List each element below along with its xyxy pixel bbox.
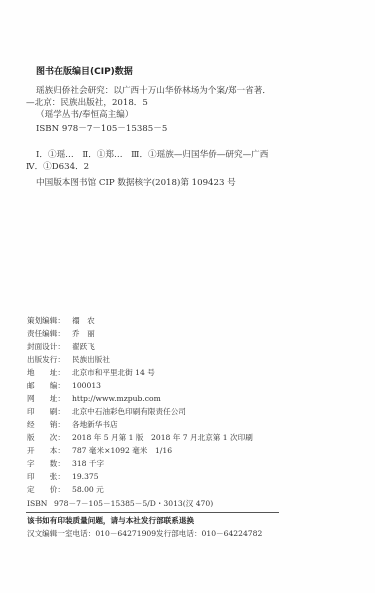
credit-row: 网 址：http://www.mzpub.com (27, 393, 161, 404)
credit-label: 印 刷： (27, 406, 72, 417)
cip-record-number: 中国版本图书馆 CIP 数据核字(2018)第 109423 号 (36, 178, 236, 189)
credit-value: 北京市和平里北街 14 号 (72, 368, 155, 377)
cip-heading: 图书在版编目(CIP)数据 (36, 67, 133, 78)
credit-value: 100013 (72, 381, 101, 390)
credit-label: 开 本： (27, 445, 72, 456)
isbn-label: ISBN (27, 498, 54, 509)
credit-label: 字 数： (27, 458, 72, 469)
credit-label: 策划编辑： (27, 315, 72, 326)
credit-label: 印 张： (27, 471, 72, 482)
credit-row: 地 址：北京市和平里北街 14 号 (27, 367, 155, 378)
cip-classification-1: Ⅰ．①瑶… Ⅱ．①郑… Ⅲ．①瑶族—归国华侨—研究—广西 (36, 150, 268, 161)
credit-label: 地 址： (27, 367, 72, 378)
credit-value: 787 毫米×1092 毫米 1/16 (72, 446, 172, 455)
credit-row: 定 价：58.00 元 (27, 484, 104, 495)
credit-value: 禤 农 (72, 316, 95, 325)
credit-value: 19.375 (72, 472, 99, 481)
editorial-phone: 汉文编辑一室电话：010－64271909 (27, 528, 156, 539)
cip-classification-2: Ⅳ．①D634．2 (26, 162, 89, 173)
credit-value: 2018 年 5 月第 1 版 2018 年 7 月北京第 1 次印刷 (72, 433, 253, 442)
credit-value: http://www.mzpub.com (72, 394, 161, 403)
credit-row: 封面设计：翟跃飞 (27, 341, 95, 352)
distribution-phone: 发行部电话：010－64224782 (156, 528, 262, 539)
cip-publisher-line: —北京：民族出版社，2018．5 (26, 98, 148, 109)
cip-title-line: 瑶族归侨社会研究：以广西十万山华侨林场为个案/郑一省著． (36, 86, 271, 97)
credit-row: 经 销：各地新华书店 (27, 419, 118, 430)
divider (26, 512, 279, 513)
credit-row: 责任编辑：乔 丽 (27, 328, 95, 339)
credit-label: 责任编辑： (27, 328, 72, 339)
isbn-full-row: ISBN978－7－105－15385－5/D・3013(汉 470) (27, 498, 213, 509)
credit-row: 字 数：318 千字 (27, 458, 104, 469)
credit-value: 318 千字 (72, 459, 104, 468)
credit-label: 版 次： (27, 432, 72, 443)
credit-label: 出版发行： (27, 354, 72, 365)
credit-row: 开 本：787 毫米×1092 毫米 1/16 (27, 445, 172, 456)
credit-value: 北京中石油彩色印刷有限责任公司 (72, 407, 186, 416)
cip-isbn: ISBN 978－7－105－15385－5 (36, 124, 167, 135)
credit-value: 乔 丽 (72, 329, 95, 338)
credit-label: 封面设计： (27, 341, 72, 352)
credit-label: 经 销： (27, 419, 72, 430)
credit-row: 策划编辑：禤 农 (27, 315, 95, 326)
credit-value: 翟跃飞 (72, 342, 95, 351)
credit-value: 各地新华书店 (72, 420, 118, 429)
credit-value: 58.00 元 (72, 485, 104, 494)
credit-row: 邮 编：100013 (27, 380, 101, 391)
credit-value: 民族出版社 (72, 355, 110, 364)
credit-label: 定 价： (27, 484, 72, 495)
cip-series-line: （瑶学丛书/奉恒高主编） (36, 110, 133, 121)
credit-row: 出版发行：民族出版社 (27, 354, 110, 365)
credit-label: 网 址： (27, 393, 72, 404)
credit-row: 印 张：19.375 (27, 471, 99, 482)
credit-row: 印 刷：北京中石油彩色印刷有限责任公司 (27, 406, 186, 417)
quality-notice: 该书如有印装质量问题，请与本社发行部联系退换 (27, 515, 194, 526)
credit-label: 邮 编： (27, 380, 72, 391)
isbn-value: 978－7－105－15385－5/D・3013(汉 470) (54, 499, 213, 508)
credit-row: 版 次：2018 年 5 月第 1 版 2018 年 7 月北京第 1 次印刷 (27, 432, 253, 443)
